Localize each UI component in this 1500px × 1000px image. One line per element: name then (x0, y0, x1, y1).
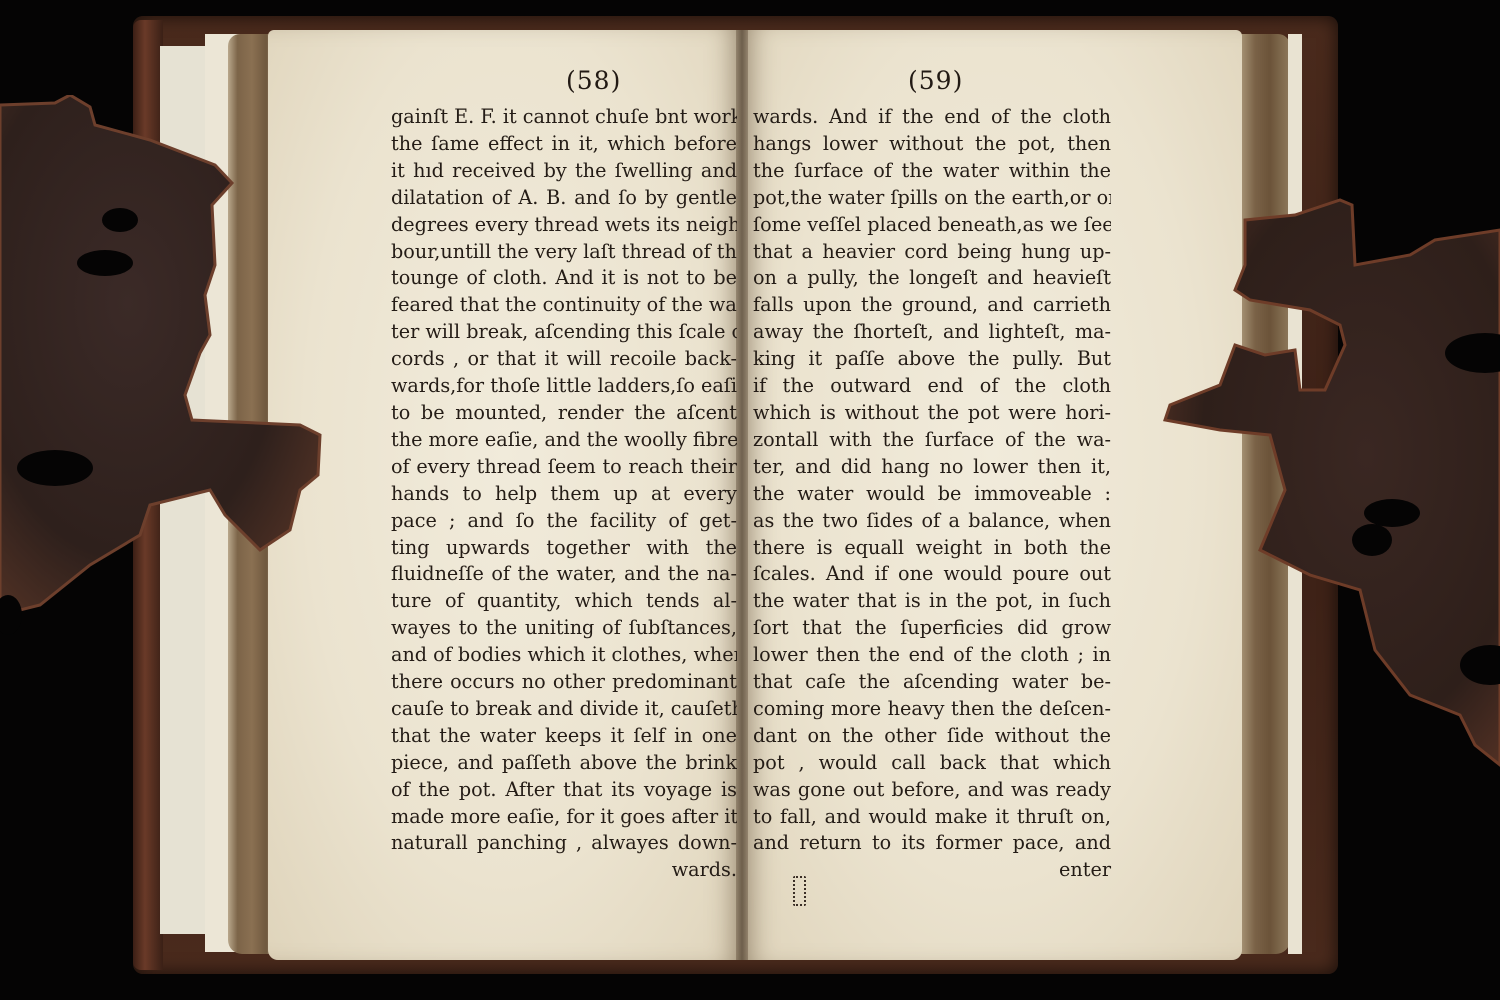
text-line: piece, and paſſeth above the brink (391, 750, 737, 777)
right-page-text: wards. And if the end of the cloth hangs… (753, 104, 1111, 884)
text-line: ſort that the ſuperficies did grow (753, 615, 1111, 642)
text-line: wayes to the uniting of ſubſtances, (391, 615, 737, 642)
text-line: dilatation of A. B. and ſo by gentle (391, 185, 737, 212)
text-line: which is without the pot were hori- (753, 400, 1111, 427)
text-line: ſcales. And if one would poure out (753, 561, 1111, 588)
text-line: naturall panching , alwayes down- (391, 830, 737, 857)
text-line: hands to help them up at every (391, 481, 737, 508)
page-number-right: (59) (908, 66, 963, 95)
text-line: was gone out before, and was ready (753, 777, 1111, 804)
text-line: pace ; and ſo the facility of get- (391, 508, 737, 535)
text-line: the water that is in the pot, in ſuch (753, 588, 1111, 615)
text-line: pot,the water ſpills on the earth,or on (753, 185, 1111, 212)
text-line: as the two ſides of a balance, when (753, 508, 1111, 535)
text-line: the more eaſie, and the woolly fibres (391, 427, 737, 454)
text-line: cords , or that it will recoile back- (391, 346, 737, 373)
text-line: to be mounted, render the aſcent (391, 400, 737, 427)
text-line: cauſe to break and divide it, cauſeth (391, 696, 737, 723)
text-line: and return to its former pace, and (753, 830, 1111, 857)
text-line: falls upon the ground, and carrieth (753, 292, 1111, 319)
copper-book-weight-left (0, 95, 330, 695)
text-line: zontall with the ſurface of the wa- (753, 427, 1111, 454)
text-line: there occurs no other predominant (391, 669, 737, 696)
text-line: and of bodies which it clothes, when (391, 642, 737, 669)
page-number-left: (58) (566, 66, 621, 95)
text-line: there is equall weight in both the (753, 535, 1111, 562)
text-line: ture of quantity, which tends al- (391, 588, 737, 615)
text-line: that caſe the aſcending water be- (753, 669, 1111, 696)
text-line: of every thread ſeem to reach their (391, 454, 737, 481)
text-line: the ſame effect in it, which before (391, 131, 737, 158)
text-line: that a heavier cord being hung up- (753, 239, 1111, 266)
text-line: pot , would call back that which (753, 750, 1111, 777)
text-line: lower then the end of the cloth ; in (753, 642, 1111, 669)
text-line: the ſurface of the water within the (753, 158, 1111, 185)
text-line: if the outward end of the cloth (753, 373, 1111, 400)
text-line: to fall, and would make it thruſt on, (753, 804, 1111, 831)
text-line: made more eaſie, for it goes after its (391, 804, 737, 831)
catchword: wards. (391, 857, 737, 884)
text-line: hangs lower without the pot, then (753, 131, 1111, 158)
text-line: dant on the other ſide without the (753, 723, 1111, 750)
book-gutter (736, 30, 748, 960)
text-line: of the pot. After that its voyage is (391, 777, 737, 804)
text-line: on a pully, the longeſt and heavieſt (753, 265, 1111, 292)
copper-book-weight-right (1160, 195, 1500, 795)
text-line: ting upwards together with the (391, 535, 737, 562)
text-line: gainſt E. F. it cannot chuſe bnt work (391, 104, 737, 131)
text-line: the water would be immoveable : (753, 481, 1111, 508)
text-line: ſome veſſel placed beneath,as we ſee (753, 212, 1111, 239)
text-line: it hıd received by the ſwelling and (391, 158, 737, 185)
text-line: ter, and did hang no lower then it, (753, 454, 1111, 481)
text-line: fluidneſſe of the water, and the na- (391, 561, 737, 588)
text-line: wards,for thoſe little ladders,ſo eaſie (391, 373, 737, 400)
text-line: degrees every thread wets its neigh- (391, 212, 737, 239)
text-line: that the water keeps it ſelf in one (391, 723, 737, 750)
text-line: away the ſhorteſt, and lighteſt, ma- (753, 319, 1111, 346)
catchword: enter (753, 857, 1111, 884)
text-line: coming more heavy then the deſcen- (753, 696, 1111, 723)
text-line: king it paſſe above the pully. But (753, 346, 1111, 373)
book-photograph: (58) (59) gainſt E. F. it cannot chuſe b… (0, 0, 1500, 1000)
text-line: tounge of cloth. And it is not to be (391, 265, 737, 292)
text-line: feared that the continuity of the wa- (391, 292, 737, 319)
text-line: ter will break, aſcending this ſcale of (391, 319, 737, 346)
text-line: bour,untill the very laſt thread of the (391, 239, 737, 266)
signature-mark (793, 876, 806, 906)
text-line: wards. And if the end of the cloth (753, 104, 1111, 131)
left-page-text: gainſt E. F. it cannot chuſe bnt work th… (391, 104, 737, 884)
